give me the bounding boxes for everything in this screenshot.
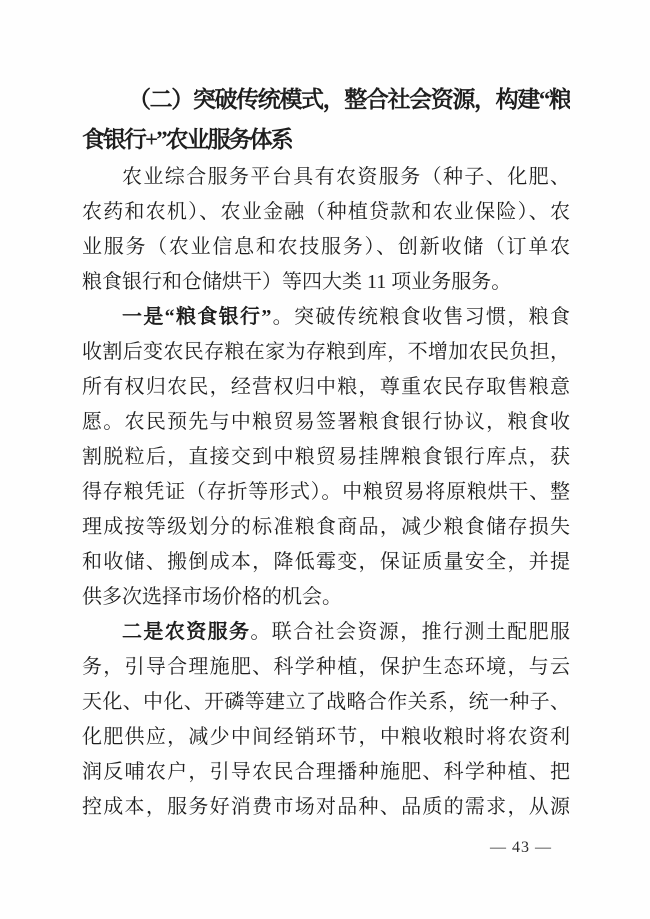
document-body: （二）突破传统模式，整合社会资源，构建“粮食银行+”农业服务体系农业综合服务平台… bbox=[82, 80, 570, 825]
heading-line: 食银行+”农业服务体系 bbox=[82, 120, 570, 160]
text-line: 二是农资服务。联合社会资源，推行测土配肥服 bbox=[82, 615, 570, 650]
text-line: 收割后变农民存粮在家为存粮到库，不增加农民负担， bbox=[82, 335, 570, 370]
text-line: 化肥供应，减少中间经销环节，中粮收粮时将农资利 bbox=[82, 720, 570, 755]
text-line: 所有权归农民，经营权归中粮，尊重农民存取售粮意 bbox=[82, 370, 570, 405]
text-run: 理成按等级划分的标准粮食商品，减少粮食储存损失 bbox=[82, 516, 570, 538]
text-line: 一是“粮食银行”。突破传统粮食收售习惯，粮食 bbox=[82, 300, 570, 335]
text-line: 控成本，服务好消费市场对品种、品质的需求，从源 bbox=[82, 790, 570, 825]
text-run: 务，引导合理施肥、科学种植，保护生态环境，与云 bbox=[82, 656, 570, 678]
text-line: 农药和农机）、农业金融（种植贷款和农业保险）、农 bbox=[82, 195, 570, 230]
bold-text-run: 二是农资服务 bbox=[122, 621, 250, 643]
bold-text-run: （二）突破传统模式，整合社会资源，构建“粮 bbox=[128, 87, 570, 112]
text-run: 。突破传统粮食收售习惯，粮食 bbox=[271, 306, 570, 328]
text-run: 化肥供应，减少中间经销环节，中粮收粮时将农资利 bbox=[82, 726, 570, 748]
body-paragraph: 二是农资服务。联合社会资源，推行测土配肥服务，引导合理施肥、科学种植，保护生态环… bbox=[82, 615, 570, 825]
body-paragraph: 一是“粮食银行”。突破传统粮食收售习惯，粮食收割后变农民存粮在家为存粮到库，不增… bbox=[82, 300, 570, 615]
text-line: 天化、中化、开磷等建立了战略合作关系，统一种子、 bbox=[82, 685, 570, 720]
text-line: 润反哺农户，引导农民合理播种施肥、科学种植、把 bbox=[82, 755, 570, 790]
text-run: 供多次选择市场价格的机会。 bbox=[82, 586, 342, 608]
text-run: 。联合社会资源，推行测土配肥服 bbox=[250, 621, 570, 643]
text-run: 收割后变农民存粮在家为存粮到库，不增加农民负担， bbox=[82, 341, 570, 363]
text-line: 得存粮凭证（存折等形式）。中粮贸易将原粮烘干、整 bbox=[82, 475, 570, 510]
text-run: 天化、中化、开磷等建立了战略合作关系，统一种子、 bbox=[82, 691, 570, 713]
text-run: 和收储、搬倒成本，降低霉变，保证质量安全，并提 bbox=[82, 551, 570, 573]
text-run: 业服务（农业信息和农技服务）、创新收储（订单农业、 bbox=[82, 236, 570, 265]
text-run: 农业综合服务平台具有农资服务（种子、化肥、 bbox=[122, 166, 570, 188]
text-run: 割脱粒后，直接交到中粮贸易挂牌粮食银行库点，获 bbox=[82, 446, 570, 468]
text-run: 润反哺农户，引导农民合理播种施肥、科学种植、把 bbox=[82, 761, 570, 783]
text-line: 粮食银行和仓储烘干）等四大类 11 项业务服务。 bbox=[82, 265, 570, 300]
text-line: 供多次选择市场价格的机会。 bbox=[82, 580, 570, 615]
bold-text-run: 一是“粮食银行” bbox=[122, 306, 271, 328]
body-paragraph: 农业综合服务平台具有农资服务（种子、化肥、农药和农机）、农业金融（种植贷款和农业… bbox=[82, 160, 570, 300]
text-run: 所有权归农民，经营权归中粮，尊重农民存取售粮意 bbox=[82, 376, 570, 398]
bold-text-run: 食银行+”农业服务体系 bbox=[82, 127, 292, 152]
text-line: 和收储、搬倒成本，降低霉变，保证质量安全，并提 bbox=[82, 545, 570, 580]
text-line: 割脱粒后，直接交到中粮贸易挂牌粮食银行库点，获 bbox=[82, 440, 570, 475]
text-run: 控成本，服务好消费市场对品种、品质的需求，从源 bbox=[82, 796, 570, 818]
text-run: 农药和农机）、农业金融（种植贷款和农业保险）、农 bbox=[82, 201, 570, 223]
heading-line: （二）突破传统模式，整合社会资源，构建“粮 bbox=[82, 80, 570, 120]
text-line: 务，引导合理施肥、科学种植，保护生态环境，与云 bbox=[82, 650, 570, 685]
document-page: （二）突破传统模式，整合社会资源，构建“粮食银行+”农业服务体系农业综合服务平台… bbox=[0, 0, 650, 919]
page-number: — 43 — bbox=[490, 839, 552, 857]
text-line: 业服务（农业信息和农技服务）、创新收储（订单农业、 bbox=[82, 230, 570, 265]
text-line: 愿。农民预先与中粮贸易签署粮食银行协议，粮食收 bbox=[82, 405, 570, 440]
text-run: 得存粮凭证（存折等形式）。中粮贸易将原粮烘干、整 bbox=[82, 481, 570, 503]
section-heading: （二）突破传统模式，整合社会资源，构建“粮食银行+”农业服务体系 bbox=[82, 80, 570, 160]
text-line: 农业综合服务平台具有农资服务（种子、化肥、 bbox=[82, 160, 570, 195]
text-run: 粮食银行和仓储烘干）等四大类 11 项业务服务。 bbox=[82, 271, 511, 293]
text-line: 理成按等级划分的标准粮食商品，减少粮食储存损失 bbox=[82, 510, 570, 545]
text-run: 愿。农民预先与中粮贸易签署粮食银行协议，粮食收 bbox=[82, 411, 570, 433]
